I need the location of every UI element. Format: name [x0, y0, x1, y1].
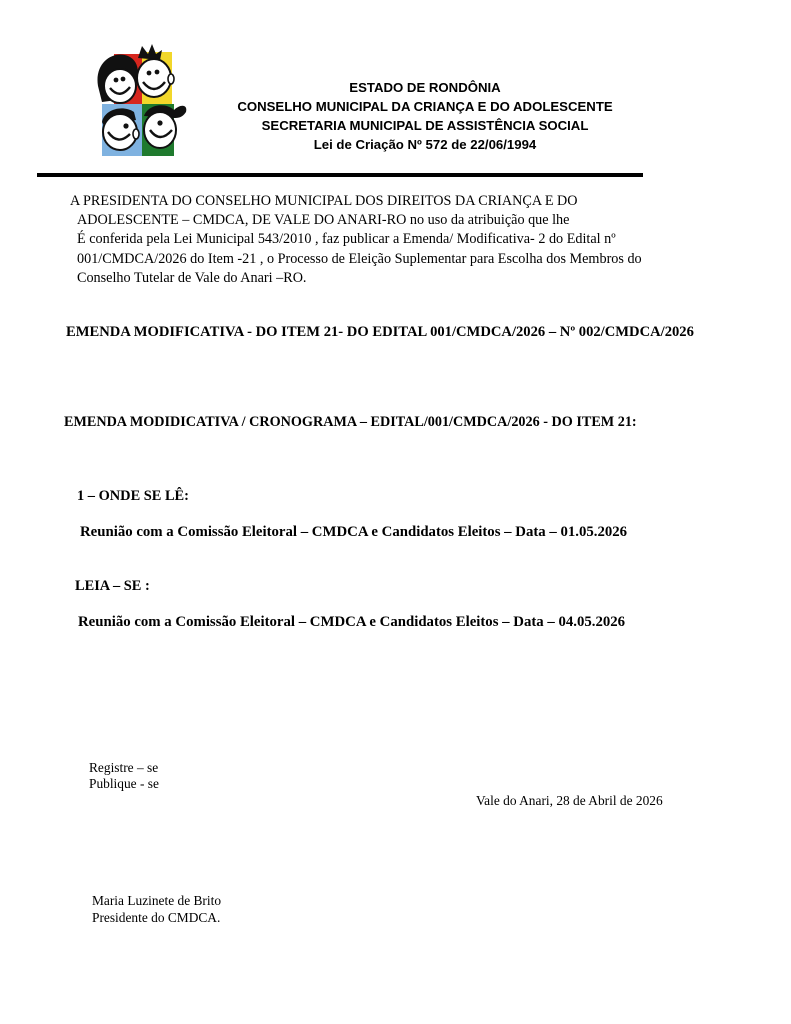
place-and-date: Vale do Anari, 28 de Abril de 2026: [476, 792, 663, 809]
signer-name: Maria Luzinete de Brito: [92, 892, 221, 909]
intro-line: A PRESIDENTA DO CONSELHO MUNICIPAL DOS D…: [70, 192, 578, 212]
intro-line: Conselho Tutelar de Vale do Anari –RO.: [77, 269, 306, 289]
schedule-amendment-title: EMENDA MODIDICATIVA / CRONOGRAMA – EDITA…: [64, 413, 637, 431]
read-as-text: Reunião com a Comissão Eleitoral – CMDCA…: [78, 613, 625, 631]
register-note: Registre – se: [89, 759, 158, 776]
children-faces-logo-icon: [92, 42, 188, 164]
intro-line: 001/CMDCA/2026 do Item -21 , o Processo …: [77, 250, 642, 270]
amendment-title: EMENDA MODIFICATIVA - DO ITEM 21- DO EDI…: [66, 323, 694, 341]
read-as-label: LEIA – SE :: [75, 577, 150, 595]
header-law: Lei de Criação Nº 572 de 22/06/1994: [200, 135, 650, 154]
where-it-reads-text: Reunião com a Comissão Eleitoral – CMDCA…: [80, 523, 627, 541]
header-divider: [37, 173, 643, 177]
intro-line: É conferida pela Lei Municipal 543/2010 …: [77, 230, 616, 250]
header-secretariat: SECRETARIA MUNICIPAL DE ASSISTÊNCIA SOCI…: [200, 116, 650, 135]
signer-role: Presidente do CMDCA.: [92, 909, 220, 926]
publish-note: Publique - se: [89, 775, 159, 792]
header-state: ESTADO DE RONDÔNIA: [200, 78, 650, 97]
where-it-reads-label: 1 – ONDE SE LÊ:: [77, 487, 189, 505]
header-council: CONSELHO MUNICIPAL DA CRIANÇA E DO ADOLE…: [200, 97, 650, 116]
intro-line: ADOLESCENTE – CMDCA, DE VALE DO ANARI-RO…: [77, 211, 569, 231]
